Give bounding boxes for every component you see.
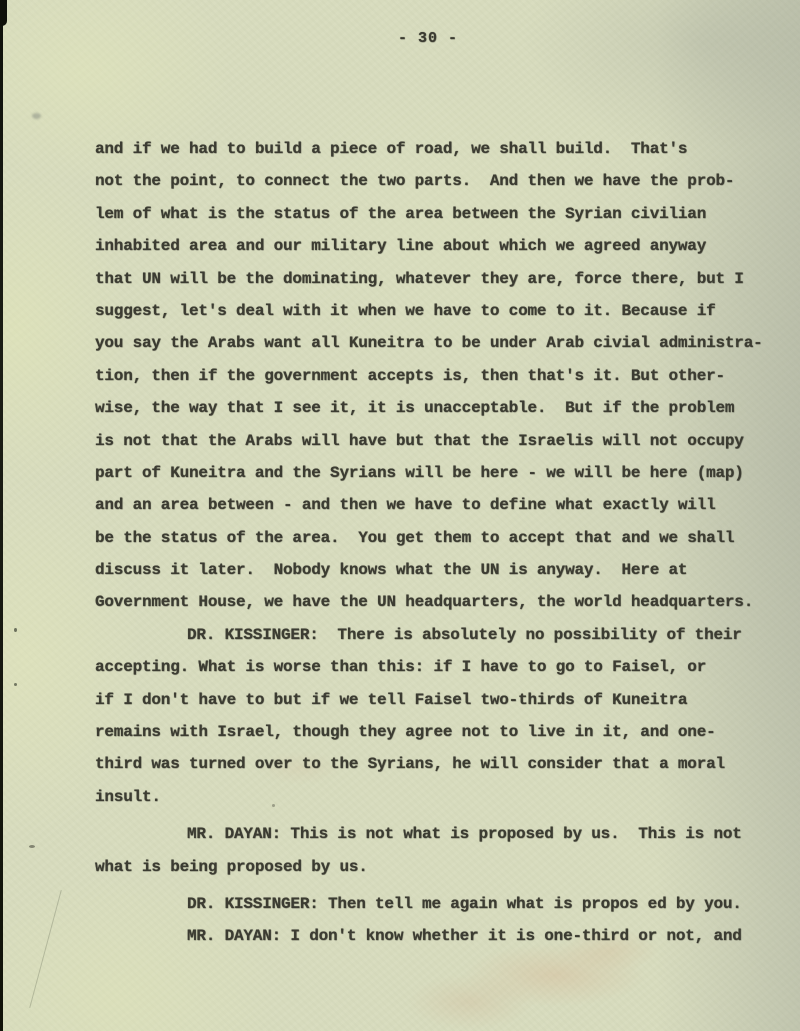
text-line: is not that the Arabs will have but that…: [95, 425, 785, 457]
text-line: inhabited area and our military line abo…: [95, 230, 785, 262]
speaker-line-kissinger: DR. KISSINGER: Then tell me again what i…: [95, 888, 785, 920]
scan-corner-mark: [0, 0, 7, 26]
text-line: discuss it later. Nobody knows what the …: [95, 554, 785, 586]
text-line: accepting. What is worse than this: if I…: [95, 651, 785, 683]
scanned-document-page: - 30 - and if we had to build a piece of…: [0, 0, 800, 1031]
document-body: and if we had to build a piece of road, …: [95, 133, 785, 953]
text-line: if I don't have to but if we tell Faisel…: [95, 684, 785, 716]
paper-speck: [14, 683, 17, 686]
page-number: - 30 -: [398, 30, 458, 47]
text-line: part of Kuneitra and the Syrians will be…: [95, 457, 785, 489]
text-line: that UN will be the dominating, whatever…: [95, 263, 785, 295]
paper-speck: [29, 845, 35, 848]
text-line: you say the Arabs want all Kuneitra to b…: [95, 327, 785, 359]
text-line: third was turned over to the Syrians, he…: [95, 748, 785, 780]
paper-smudge: [32, 113, 41, 119]
paper-speck: [272, 804, 275, 807]
text-line: suggest, let's deal with it when we have…: [95, 295, 785, 327]
speaker-line-kissinger: DR. KISSINGER: There is absolutely no po…: [95, 619, 785, 651]
text-line: Government House, we have the UN headqua…: [95, 586, 785, 618]
text-line: remains with Israel, though they agree n…: [95, 716, 785, 748]
scan-edge-strip: [0, 0, 3, 1031]
speaker-line-dayan: MR. DAYAN: This is not what is proposed …: [95, 818, 785, 850]
speaker-line-dayan: MR. DAYAN: I don't know whether it is on…: [95, 920, 785, 952]
text-line: not the point, to connect the two parts.…: [95, 165, 785, 197]
text-line: tion, then if the government accepts is,…: [95, 360, 785, 392]
text-line: be the status of the area. You get them …: [95, 522, 785, 554]
text-line: wise, the way that I see it, it is unacc…: [95, 392, 785, 424]
text-line: and if we had to build a piece of road, …: [95, 133, 785, 165]
paper-crease: [29, 890, 62, 1008]
text-line: insult.: [95, 781, 785, 813]
text-line: and an area between - and then we have t…: [95, 489, 785, 521]
text-line: what is being proposed by us.: [95, 851, 785, 883]
paper-speck: [14, 628, 17, 632]
text-line: lem of what is the status of the area be…: [95, 198, 785, 230]
